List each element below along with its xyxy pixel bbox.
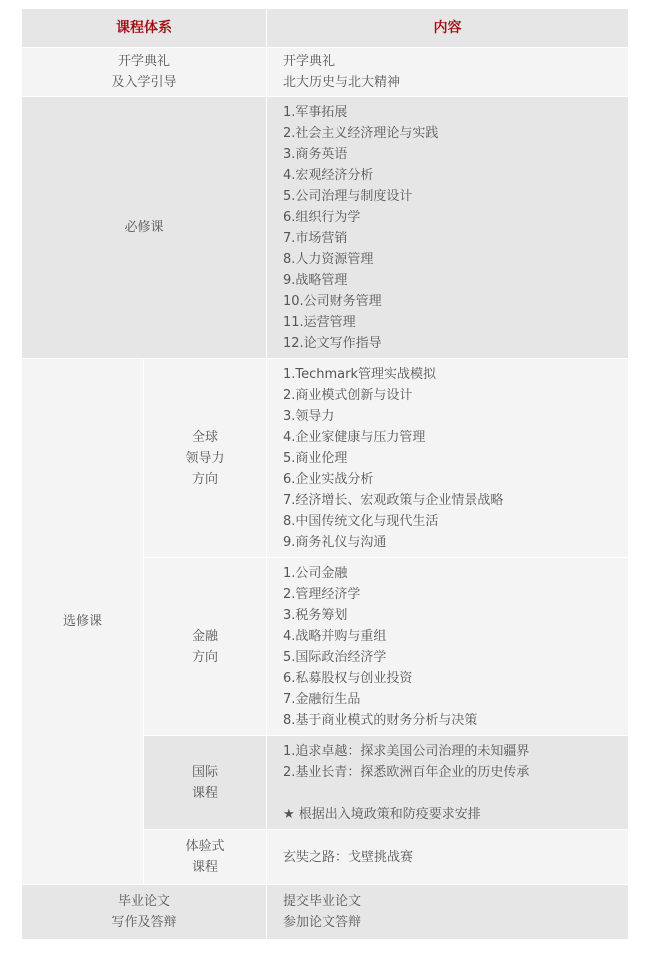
list-item: 7.市场营销 — [283, 228, 628, 249]
list-item: 12.论文写作指导 — [283, 333, 628, 354]
list-item: 北大历史与北大精神 — [283, 72, 628, 93]
subcategory-international: 国际 课程 — [144, 736, 267, 830]
subcategory-experiential: 体验式 课程 — [144, 830, 267, 885]
list-item: 参加论文答辩 — [283, 912, 628, 933]
content-opening: 开学典礼 北大历史与北大精神 — [267, 48, 629, 97]
list-item: 4.宏观经济分析 — [283, 165, 628, 186]
list-item: 5.国际政治经济学 — [283, 647, 628, 668]
list-item: 6.私募股权与创业投资 — [283, 668, 628, 689]
list-item: 8.人力资源管理 — [283, 249, 628, 270]
list-item: 3.商务英语 — [283, 144, 628, 165]
category-elective: 选修课 — [22, 359, 144, 885]
row-global-leadership: 选修课 全球 领导力 方向 1.Techmark管理实战模拟 2.商业模式创新与… — [22, 359, 629, 558]
list-item: 5.公司治理与制度设计 — [283, 186, 628, 207]
list-item: 4.企业家健康与压力管理 — [283, 427, 628, 448]
list-item: 2.基业长青：探悉欧洲百年企业的历史传承 — [283, 762, 628, 783]
content-global-leadership: 1.Techmark管理实战模拟 2.商业模式创新与设计 3.领导力 4.企业家… — [267, 359, 629, 558]
row-opening: 开学典礼 及入学引导 开学典礼 北大历史与北大精神 — [22, 48, 629, 97]
list-item: 提交毕业论文 — [283, 891, 628, 912]
curriculum-table: 课程体系 内容 开学典礼 及入学引导 开学典礼 北大历史与北大精神 必修课 1.… — [21, 8, 629, 940]
list-item: 1.军事拓展 — [283, 102, 628, 123]
list-item: 9.商务礼仪与沟通 — [283, 532, 628, 553]
list-item: 6.企业实战分析 — [283, 469, 628, 490]
content-thesis: 提交毕业论文 参加论文答辩 — [267, 885, 629, 940]
list-item: 8.中国传统文化与现代生活 — [283, 511, 628, 532]
list-item: 5.商业伦理 — [283, 448, 628, 469]
list-item: 11.运营管理 — [283, 312, 628, 333]
header-content: 内容 — [267, 9, 629, 48]
header-row: 课程体系 内容 — [22, 9, 629, 48]
list-item: 8.基于商业模式的财务分析与决策 — [283, 710, 628, 731]
list-item: 7.经济增长、宏观政策与企业情景战略 — [283, 490, 628, 511]
list-item: 3.税务筹划 — [283, 605, 628, 626]
list-item: 开学典礼 — [283, 51, 628, 72]
note-text: ★ 根据出入境政策和防疫要求安排 — [283, 804, 628, 825]
list-item: 2.社会主义经济理论与实践 — [283, 123, 628, 144]
list-item: 2.管理经济学 — [283, 584, 628, 605]
content-required: 1.军事拓展 2.社会主义经济理论与实践 3.商务英语 4.宏观经济分析 5.公… — [267, 97, 629, 359]
list-item: 2.商业模式创新与设计 — [283, 385, 628, 406]
row-thesis: 毕业论文 写作及答辩 提交毕业论文 参加论文答辩 — [22, 885, 629, 940]
header-course-system: 课程体系 — [22, 9, 267, 48]
content-experiential: 玄奘之路：戈壁挑战赛 — [267, 830, 629, 885]
subcategory-global-leadership: 全球 领导力 方向 — [144, 359, 267, 558]
list-item: 10.公司财务管理 — [283, 291, 628, 312]
list-item: 7.金融衍生品 — [283, 689, 628, 710]
content-international: 1.追求卓越：探求美国公司治理的未知疆界 2.基业长青：探悉欧洲百年企业的历史传… — [267, 736, 629, 830]
subcategory-finance: 金融 方向 — [144, 558, 267, 736]
list-item: 6.组织行为学 — [283, 207, 628, 228]
list-item: 9.战略管理 — [283, 270, 628, 291]
list-item: 4.战略并购与重组 — [283, 626, 628, 647]
category-thesis: 毕业论文 写作及答辩 — [22, 885, 267, 940]
list-item: 1.追求卓越：探求美国公司治理的未知疆界 — [283, 741, 628, 762]
category-required: 必修课 — [22, 97, 267, 359]
list-item: 1.公司金融 — [283, 563, 628, 584]
list-item: 玄奘之路：戈壁挑战赛 — [283, 847, 628, 868]
content-finance: 1.公司金融 2.管理经济学 3.税务筹划 4.战略并购与重组 5.国际政治经济… — [267, 558, 629, 736]
spacer — [283, 783, 628, 804]
list-item: 3.领导力 — [283, 406, 628, 427]
row-required: 必修课 1.军事拓展 2.社会主义经济理论与实践 3.商务英语 4.宏观经济分析… — [22, 97, 629, 359]
category-opening: 开学典礼 及入学引导 — [22, 48, 267, 97]
list-item: 1.Techmark管理实战模拟 — [283, 364, 628, 385]
